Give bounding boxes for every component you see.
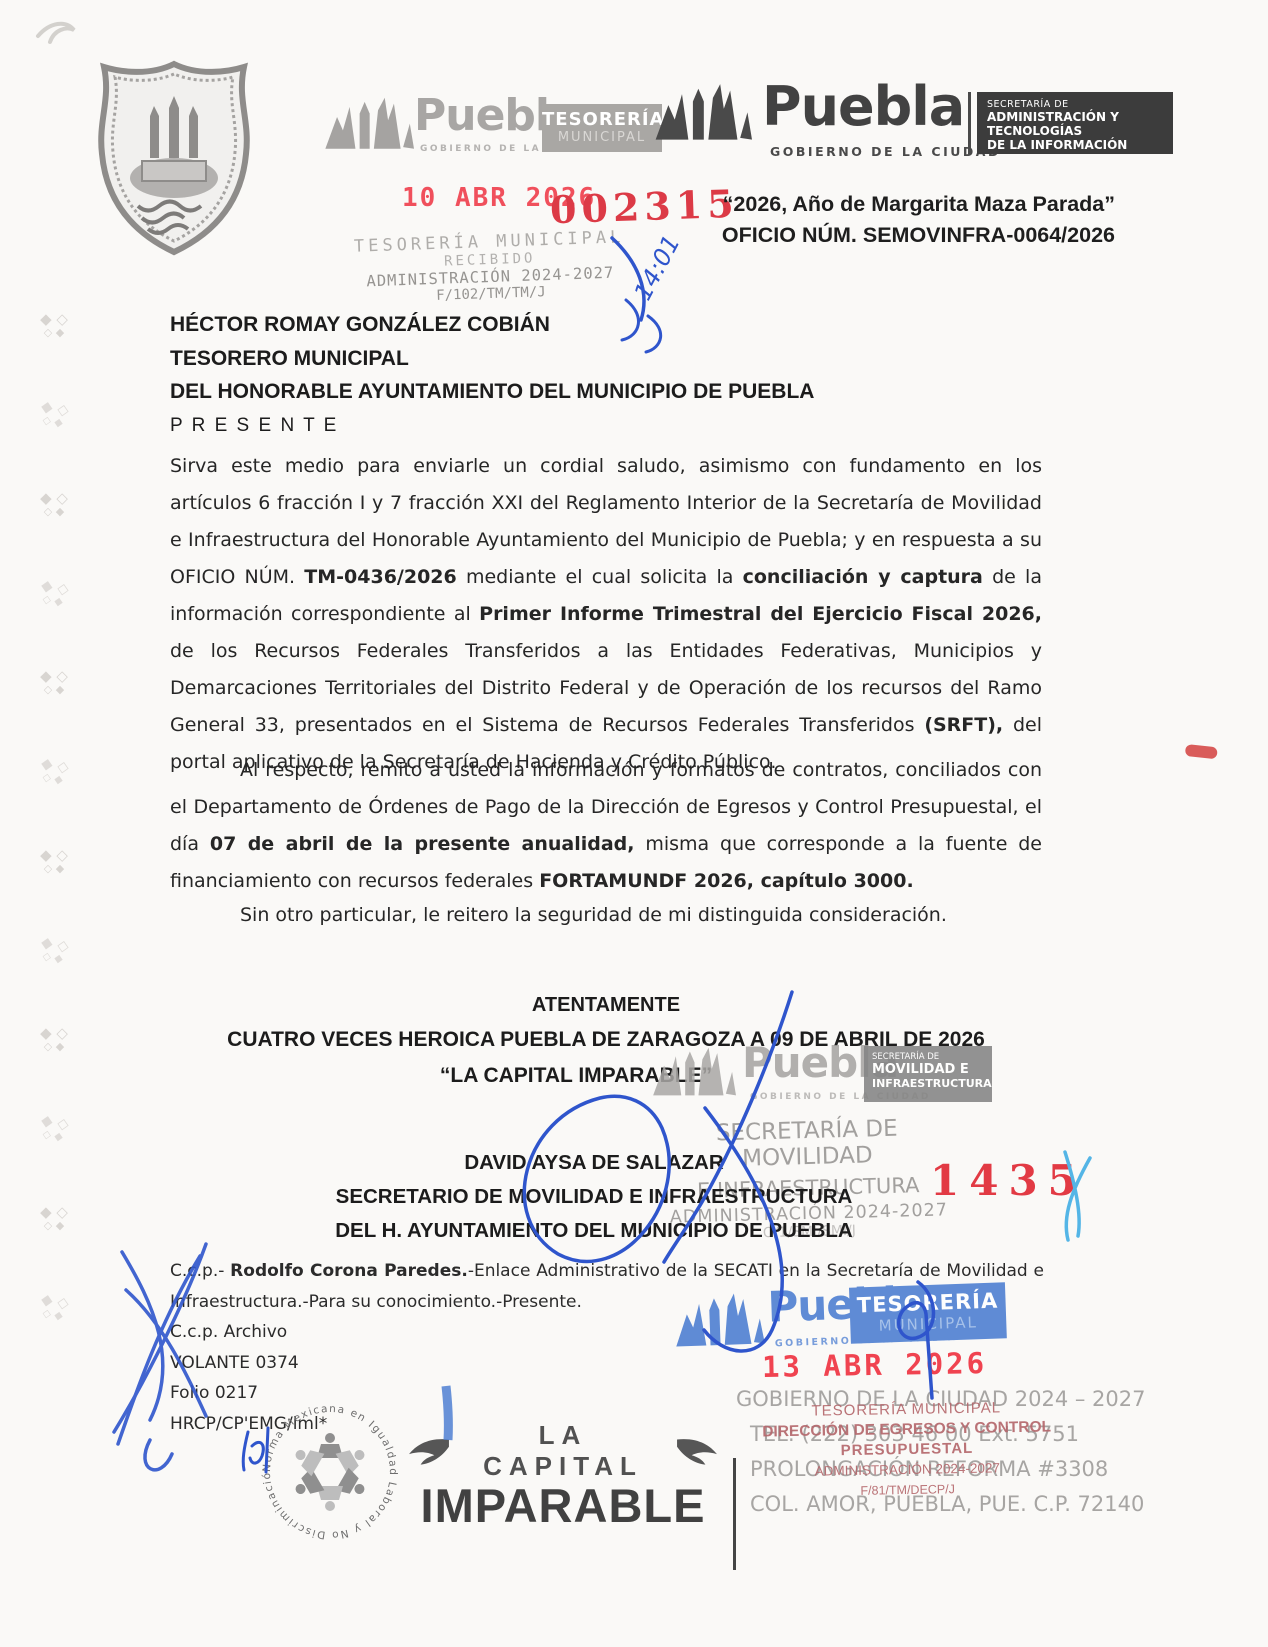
signer-block: DAVID AYSA DE SALAZAR SECRETARIO DE MOVI… bbox=[158, 1146, 1030, 1248]
document-page: Puebla GOBIERNO DE LA CIUDAD TESORERÍA M… bbox=[0, 0, 1268, 1647]
norma-mexicana-badge: Norma Mexicana en Igualdad Laboral y No … bbox=[246, 1388, 414, 1556]
puebla-wordmark: Puebla bbox=[762, 80, 964, 134]
logo-divider bbox=[968, 92, 971, 154]
oficio-number: OFICIO NÚM. SEMOVINFRA-0064/2026 bbox=[695, 223, 1115, 248]
capital-imparable-logo: LA CAPITAL IMPARABLE bbox=[408, 1420, 718, 1533]
wing-right-icon bbox=[676, 1436, 718, 1466]
watermark-ornament bbox=[40, 491, 68, 519]
watermark-ornament bbox=[40, 1205, 68, 1233]
addressee-org: DEL HONORABLE AYUNTAMIENTO DEL MUNICIPIO… bbox=[170, 375, 814, 409]
dept-line: MOVILIDAD E bbox=[872, 1062, 984, 1077]
egresos-stamp: TESORERÍA MUNICIPAL DIRECCIÓN DE EGRESOS… bbox=[741, 1397, 1073, 1503]
addressee-block: HÉCTOR ROMAY GONZÁLEZ COBIÁN TESORERO MU… bbox=[170, 308, 814, 442]
signer-org: DEL H. AYUNTAMIENTO DEL MUNICIPIO DE PUE… bbox=[158, 1214, 1030, 1248]
dept-line: ADMINISTRACIÓN Y TECNOLOGÍAS bbox=[987, 110, 1163, 138]
puebla-city-logo: Puebla GOBIERNO DE LA CIUDAD SECRETARÍA … bbox=[652, 66, 1172, 170]
watermark-ornament bbox=[40, 669, 68, 697]
capital-logo-line1: LA CAPITAL bbox=[458, 1420, 668, 1482]
gobierno-subtitle: GOBIERNO DE LA CIUDAD bbox=[770, 144, 1001, 159]
municipal-label: MUNICIPAL bbox=[542, 130, 662, 145]
dept-line: SECRETARÍA DE bbox=[872, 1052, 984, 1062]
addressee-present: P R E S E N T E bbox=[170, 409, 814, 443]
watermark-ornament bbox=[40, 312, 68, 340]
addressee-title: TESORERO MUNICIPAL bbox=[170, 342, 814, 376]
paper-watermark bbox=[22, 312, 86, 1322]
addressee-name: HÉCTOR ROMAY GONZÁLEZ COBIÁN bbox=[170, 308, 814, 342]
signer-title: SECRETARIO DE MOVILIDAD E INFRAESTRUCTUR… bbox=[158, 1180, 1030, 1214]
puebla-skyline-icon bbox=[650, 1038, 736, 1112]
dept-line: SECRETARÍA DE bbox=[987, 99, 1163, 110]
header-legend-block: “2026, Año de Margarita Maza Parada” OFI… bbox=[695, 192, 1115, 248]
watermark-ornament bbox=[38, 1113, 70, 1145]
footer-divider bbox=[733, 1458, 736, 1570]
puebla-skyline-icon bbox=[652, 70, 752, 162]
watermark-ornament bbox=[38, 578, 70, 610]
capital-logo-line2: IMPARABLE bbox=[408, 1478, 718, 1533]
dept-line: INFRAESTRUCTURA bbox=[872, 1077, 984, 1090]
received-date-stamp-2: 13 ABR 2026 bbox=[762, 1346, 988, 1384]
dept-line: DE LA INFORMACIÓN bbox=[987, 138, 1163, 152]
signer-name: DAVID AYSA DE SALAZAR bbox=[158, 1146, 1030, 1180]
watermark-ornament bbox=[38, 399, 70, 431]
body-paragraph-2: Al respecto, remito a usted la informaci… bbox=[170, 752, 1042, 900]
received-stamp-gray: TESORERÍA MUNICIPAL RECIBIDO ADMINISTRAC… bbox=[339, 227, 641, 307]
watermark-ornament bbox=[38, 935, 70, 967]
puebla-skyline-icon bbox=[322, 86, 414, 168]
body-paragraph-3: Sin otro particular, le reitero la segur… bbox=[170, 897, 1042, 934]
puebla-skyline-icon bbox=[671, 1281, 766, 1366]
tesoreria-label: TESORERÍA bbox=[542, 109, 662, 130]
watermark-ornament bbox=[40, 848, 68, 876]
year-legend: “2026, Año de Margarita Maza Parada” bbox=[695, 192, 1115, 217]
puebla-crest-icon bbox=[90, 58, 258, 256]
tesoreria-stamp-gray: Puebla GOBIERNO DE LA CIUDAD TESORERÍA M… bbox=[322, 78, 672, 180]
watermark-ornament bbox=[38, 756, 70, 788]
wing-left-icon bbox=[408, 1436, 450, 1466]
atentamente-label: ATENTAMENTE bbox=[170, 994, 1042, 1017]
watermark-ornament bbox=[38, 1292, 70, 1324]
body-paragraph-1: Sirva este medio para enviarle un cordia… bbox=[170, 448, 1042, 781]
watermark-ornament bbox=[40, 1026, 68, 1054]
semovi-logo-stamp: Puebla GOBIERNO DE LA CIUDAD SECRETARÍA … bbox=[650, 1038, 992, 1114]
